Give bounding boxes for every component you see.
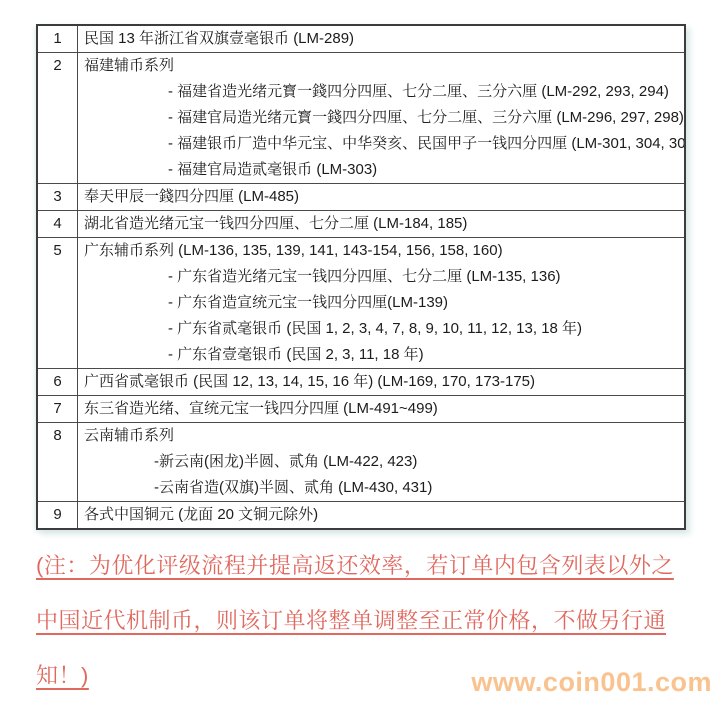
row-line: - 广东省贰毫银币 (民国 1, 2, 3, 4, 7, 8, 9, 10, 1… (84, 316, 678, 342)
row-line: 民国 13 年浙江省双旗壹毫银币 (LM-289) (84, 26, 678, 52)
table-row: 6广西省贰毫银币 (民国 12, 13, 14, 15, 16 年) (LM-1… (38, 368, 684, 395)
row-content: 广西省贰毫银币 (民国 12, 13, 14, 15, 16 年) (LM-16… (78, 369, 684, 395)
row-line: 各式中国铜元 (龙面 20 文铜元除外) (84, 502, 678, 528)
row-line: - 福建官局造光绪元寳一錢四分四厘、七分二厘、三分六厘 (LM-296, 297… (84, 105, 678, 131)
row-content: 各式中国铜元 (龙面 20 文铜元除外) (78, 502, 684, 528)
row-line: - 广东省造宣统元宝一钱四分四厘(LM-139) (84, 290, 678, 316)
row-number: 5 (38, 238, 78, 368)
row-line: 湖北省造光绪元宝一钱四分四厘、七分二厘 (LM-184, 185) (84, 211, 678, 237)
row-line: 广西省贰毫银币 (民国 12, 13, 14, 15, 16 年) (LM-16… (84, 369, 678, 395)
row-line: 奉天甲辰一錢四分四厘 (LM-485) (84, 184, 678, 210)
table-row: 3奉天甲辰一錢四分四厘 (LM-485) (38, 183, 684, 210)
row-line: - 广东省壹毫银币 (民国 2, 3, 11, 18 年) (84, 342, 678, 368)
row-number: 6 (38, 369, 78, 395)
row-line: - 福建银币厂造中华元宝、中华癸亥、民国甲子一钱四分四厘 (LM-301, 30… (84, 131, 678, 157)
table-row: 2福建辅币系列- 福建省造光绪元寳一錢四分四厘、七分二厘、三分六厘 (LM-29… (38, 52, 684, 183)
row-number: 7 (38, 396, 78, 422)
row-number: 9 (38, 502, 78, 528)
table-row: 5广东辅币系列 (LM-136, 135, 139, 141, 143-154,… (38, 237, 684, 368)
row-number: 4 (38, 211, 78, 237)
row-number: 1 (38, 26, 78, 52)
page: 1民国 13 年浙江省双旗壹毫银币 (LM-289)2福建辅币系列- 福建省造光… (0, 0, 720, 706)
row-line: 福建辅币系列 (84, 53, 678, 79)
row-line: 云南辅币系列 (84, 423, 678, 449)
row-content: 广东辅币系列 (LM-136, 135, 139, 141, 143-154, … (78, 238, 684, 368)
row-content: 湖北省造光绪元宝一钱四分四厘、七分二厘 (LM-184, 185) (78, 211, 684, 237)
row-line: 东三省造光绪、宣统元宝一钱四分四厘 (LM-491~499) (84, 396, 678, 422)
note-line-2: 中国近代机制币，则该订单将整单调整至正常价格，不做另行通 (36, 593, 696, 648)
row-content: 云南辅币系列-新云南(困龙)半圆、贰角 (LM-422, 423)-云南省造(双… (78, 423, 684, 501)
row-content: 民国 13 年浙江省双旗壹毫银币 (LM-289) (78, 26, 684, 52)
watermark: www.coin001.com (471, 667, 712, 698)
table-row: 7东三省造光绪、宣统元宝一钱四分四厘 (LM-491~499) (38, 395, 684, 422)
row-line: - 福建官局造贰毫银币 (LM-303) (84, 157, 678, 183)
row-line: - 福建省造光绪元寳一錢四分四厘、七分二厘、三分六厘 (LM-292, 293,… (84, 79, 678, 105)
table-row: 9各式中国铜元 (龙面 20 文铜元除外) (38, 501, 684, 528)
note-line-1: (注：为优化评级流程并提高返还效率，若订单内包含列表以外之 (36, 538, 696, 593)
table-row: 1民国 13 年浙江省双旗壹毫银币 (LM-289) (38, 26, 684, 52)
row-number: 3 (38, 184, 78, 210)
row-line: 广东辅币系列 (LM-136, 135, 139, 141, 143-154, … (84, 238, 678, 264)
row-number: 2 (38, 53, 78, 183)
row-number: 8 (38, 423, 78, 501)
row-content: 奉天甲辰一錢四分四厘 (LM-485) (78, 184, 684, 210)
row-line: -新云南(困龙)半圆、贰角 (LM-422, 423) (84, 449, 678, 475)
row-content: 东三省造光绪、宣统元宝一钱四分四厘 (LM-491~499) (78, 396, 684, 422)
row-content: 福建辅币系列- 福建省造光绪元寳一錢四分四厘、七分二厘、三分六厘 (LM-292… (78, 53, 684, 183)
row-line: - 广东省造光绪元宝一钱四分四厘、七分二厘 (LM-135, 136) (84, 264, 678, 290)
table-row: 4湖北省造光绪元宝一钱四分四厘、七分二厘 (LM-184, 185) (38, 210, 684, 237)
coin-table: 1民国 13 年浙江省双旗壹毫银币 (LM-289)2福建辅币系列- 福建省造光… (36, 24, 686, 530)
table-row: 8云南辅币系列-新云南(困龙)半圆、贰角 (LM-422, 423)-云南省造(… (38, 422, 684, 501)
row-line: -云南省造(双旗)半圆、贰角 (LM-430, 431) (84, 475, 678, 501)
